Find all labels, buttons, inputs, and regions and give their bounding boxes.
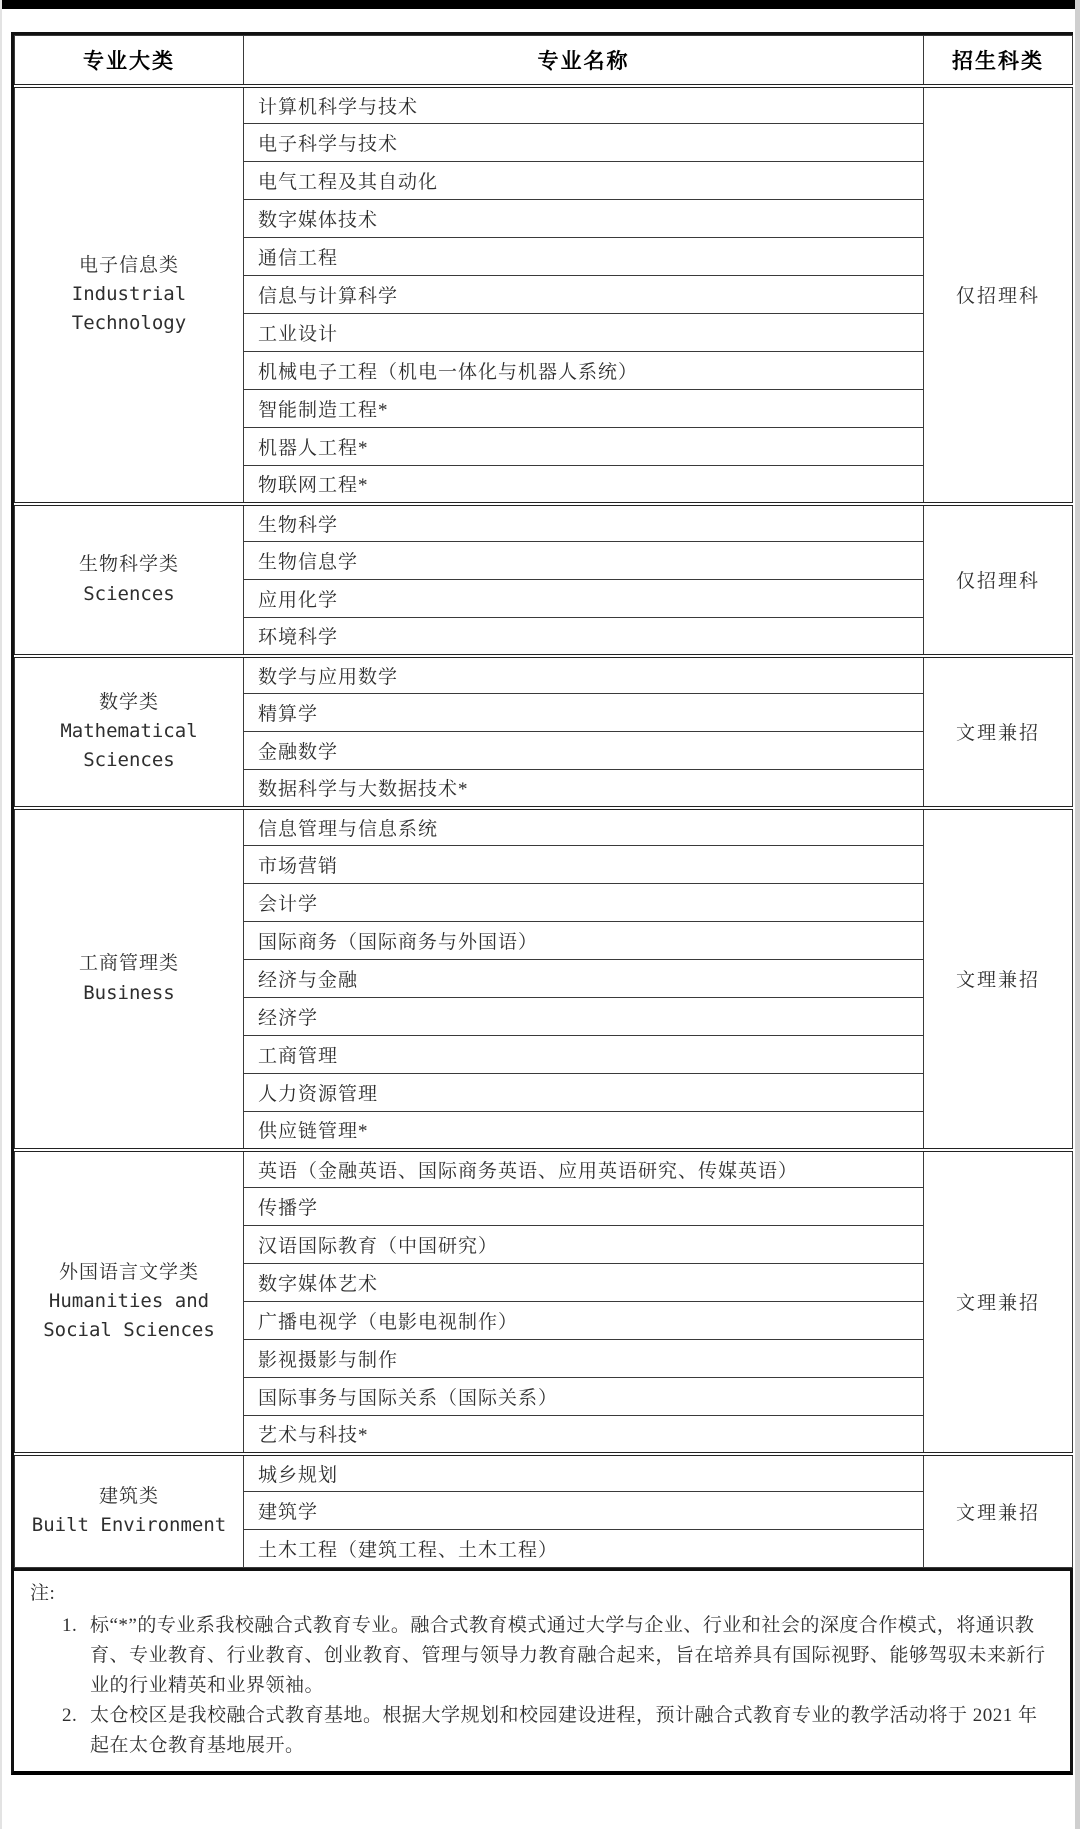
major-name-cell: 汉语国际教育（中国研究）: [244, 1226, 924, 1264]
admission-type-cell: 仅招理科: [924, 86, 1073, 504]
major-name-cell: 经济与金融: [244, 960, 924, 998]
major-name-cell: 通信工程: [244, 238, 924, 276]
table-row: 生物科学类Sciences生物科学仅招理科: [15, 504, 1073, 542]
admissions-majors-document: 专业大类 专业名称 招生科类 电子信息类Industrial Technolog…: [11, 32, 1073, 1775]
table-row: 数学类Mathematical Sciences数学与应用数学文理兼招: [15, 656, 1073, 694]
page-right-edge: [1075, 0, 1080, 1829]
admission-type-cell: 文理兼招: [924, 656, 1073, 808]
admission-type-cell: 仅招理科: [924, 504, 1073, 656]
page-left-edge: [0, 0, 2, 1829]
major-name-cell: 数字媒体技术: [244, 200, 924, 238]
major-name-cell: 土木工程（建筑工程、土木工程）: [244, 1530, 924, 1568]
category-name-zh: 电子信息类: [21, 252, 237, 281]
header-admission-type: 招生科类: [924, 36, 1073, 86]
admission-type-cell: 文理兼招: [924, 1150, 1073, 1454]
major-name-cell: 信息管理与信息系统: [244, 808, 924, 846]
table-row: 外国语言文学类Humanities and Social Sciences英语（…: [15, 1150, 1073, 1188]
scan-top-bar: [0, 0, 1080, 9]
major-name-cell: 传播学: [244, 1188, 924, 1226]
major-name-cell: 市场营销: [244, 846, 924, 884]
notes-section: 注: 1. 标“*”的专业系我校融合式教育专业。融合式教育模式通过大学与企业、行…: [14, 1568, 1070, 1771]
category-name-zh: 数学类: [21, 689, 237, 718]
admission-type-cell: 文理兼招: [924, 1454, 1073, 1568]
category-name-en: Industrial Technology: [21, 280, 237, 337]
major-name-cell: 环境科学: [244, 618, 924, 656]
major-name-cell: 人力资源管理: [244, 1074, 924, 1112]
major-name-cell: 机器人工程*: [244, 428, 924, 466]
category-cell: 建筑类Built Environment: [15, 1454, 244, 1568]
major-name-cell: 数字媒体艺术: [244, 1264, 924, 1302]
note-text: 标“*”的专业系我校融合式教育专业。融合式教育模式通过大学与企业、行业和社会的深…: [90, 1611, 1056, 1701]
major-name-cell: 影视摄影与制作: [244, 1340, 924, 1378]
major-name-cell: 物联网工程*: [244, 466, 924, 504]
category-cell: 生物科学类Sciences: [15, 504, 244, 656]
admission-type-cell: 文理兼招: [924, 808, 1073, 1150]
category-name-en: Business: [21, 979, 237, 1008]
major-name-cell: 计算机科学与技术: [244, 86, 924, 124]
major-name-cell: 电气工程及其自动化: [244, 162, 924, 200]
major-name-cell: 电子科学与技术: [244, 124, 924, 162]
category-cell: 外国语言文学类Humanities and Social Sciences: [15, 1150, 244, 1454]
notes-label: 注:: [30, 1579, 1056, 1609]
category-name-zh: 生物科学类: [21, 551, 237, 580]
category-name-zh: 外国语言文学类: [21, 1259, 237, 1288]
category-name-en: Built Environment: [21, 1511, 237, 1540]
category-name-en: Mathematical Sciences: [21, 717, 237, 774]
major-name-cell: 工业设计: [244, 314, 924, 352]
note-number: 1.: [56, 1611, 90, 1641]
header-major-name: 专业名称: [244, 36, 924, 86]
category-cell: 电子信息类Industrial Technology: [15, 86, 244, 504]
major-name-cell: 城乡规划: [244, 1454, 924, 1492]
major-name-cell: 智能制造工程*: [244, 390, 924, 428]
major-name-cell: 金融数学: [244, 732, 924, 770]
majors-table-body: 电子信息类Industrial Technology计算机科学与技术仅招理科电子…: [15, 86, 1073, 1568]
major-name-cell: 生物信息学: [244, 542, 924, 580]
table-row: 工商管理类Business信息管理与信息系统文理兼招: [15, 808, 1073, 846]
major-name-cell: 英语（金融英语、国际商务英语、应用英语研究、传媒英语）: [244, 1150, 924, 1188]
major-name-cell: 广播电视学（电影电视制作）: [244, 1302, 924, 1340]
table-row: 建筑类Built Environment城乡规划文理兼招: [15, 1454, 1073, 1492]
major-name-cell: 数据科学与大数据技术*: [244, 770, 924, 808]
major-name-cell: 国际事务与国际关系（国际关系）: [244, 1378, 924, 1416]
major-name-cell: 国际商务（国际商务与外国语）: [244, 922, 924, 960]
category-name-zh: 工商管理类: [21, 950, 237, 979]
category-cell: 数学类Mathematical Sciences: [15, 656, 244, 808]
major-name-cell: 供应链管理*: [244, 1112, 924, 1150]
note-text: 太仓校区是我校融合式教育基地。根据大学规划和校园建设进程，预计融合式教育专业的教…: [90, 1701, 1056, 1761]
note-number: 2.: [56, 1701, 90, 1731]
table-row: 电子信息类Industrial Technology计算机科学与技术仅招理科: [15, 86, 1073, 124]
category-name-en: Sciences: [21, 580, 237, 609]
note-item-1: 1. 标“*”的专业系我校融合式教育专业。融合式教育模式通过大学与企业、行业和社…: [56, 1611, 1056, 1701]
category-name-zh: 建筑类: [21, 1483, 237, 1512]
major-name-cell: 会计学: [244, 884, 924, 922]
header-category: 专业大类: [15, 36, 244, 86]
major-name-cell: 经济学: [244, 998, 924, 1036]
major-name-cell: 信息与计算科学: [244, 276, 924, 314]
major-name-cell: 工商管理: [244, 1036, 924, 1074]
note-item-2: 2. 太仓校区是我校融合式教育基地。根据大学规划和校园建设进程，预计融合式教育专…: [56, 1701, 1056, 1761]
major-name-cell: 生物科学: [244, 504, 924, 542]
major-name-cell: 应用化学: [244, 580, 924, 618]
major-name-cell: 建筑学: [244, 1492, 924, 1530]
category-name-en: Humanities and Social Sciences: [21, 1287, 237, 1344]
major-name-cell: 艺术与科技*: [244, 1416, 924, 1454]
major-name-cell: 精算学: [244, 694, 924, 732]
category-cell: 工商管理类Business: [15, 808, 244, 1150]
table-header-row: 专业大类 专业名称 招生科类: [15, 36, 1073, 86]
majors-table: 专业大类 专业名称 招生科类 电子信息类Industrial Technolog…: [14, 35, 1073, 1568]
major-name-cell: 机械电子工程（机电一体化与机器人系统）: [244, 352, 924, 390]
major-name-cell: 数学与应用数学: [244, 656, 924, 694]
